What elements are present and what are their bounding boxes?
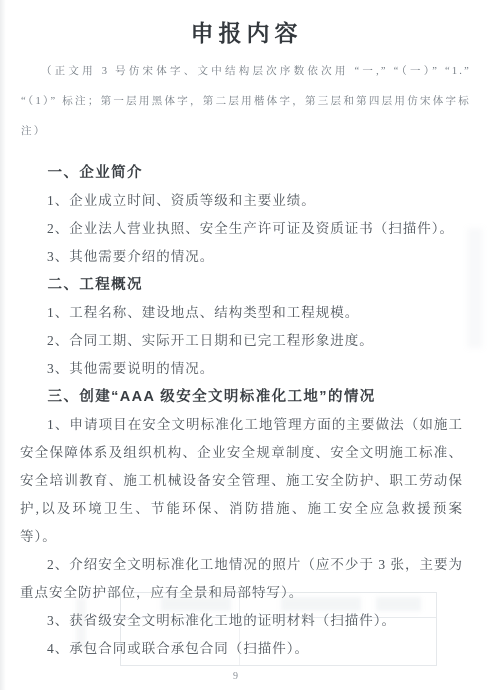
list-item: 1、申请项目在安全文明标准化工地管理方面的主要做法（如施工安全保障体系及组织机构… (20, 411, 463, 551)
section-project-overview: 二、工程概况 1、工程名称、建设地点、结构类型和工程规模。 2、合同工期、实际开… (20, 271, 463, 383)
scan-edge-shade (0, 0, 6, 690)
document-page: 申报内容 （正文用 3 号仿宋体字、文中结构层次序数依次用 “一,” “（一）”… (0, 0, 493, 690)
section-heading: 一、企业简介 (20, 159, 463, 187)
list-item: 1、企业成立时间、资质等级和主要业绩。 (20, 187, 463, 215)
section-aaa-site-creation: 三、创建“AAA 级安全文明标准化工地”的情况 1、申请项目在安全文明标准化工地… (20, 383, 463, 663)
section-heading: 三、创建“AAA 级安全文明标准化工地”的情况 (20, 383, 463, 411)
list-item: 2、企业法人营业执照、安全生产许可证及资质证书（扫描件）。 (20, 215, 463, 243)
scan-smudge (467, 228, 483, 348)
page-number: 9 (0, 671, 472, 682)
list-item: 4、承包合同或联合承包合同（扫描件）。 (20, 635, 463, 663)
document-body: 一、企业简介 1、企业成立时间、资质等级和主要业绩。 2、企业法人营业执照、安全… (20, 159, 463, 663)
page-title: 申报内容 (0, 0, 493, 48)
section-heading: 二、工程概况 (20, 271, 463, 299)
list-item: 2、合同工期、实际开工日期和已完工程形象进度。 (20, 327, 463, 355)
formatting-note: （正文用 3 号仿宋体字、文中结构层次序数依次用 “一,” “（一）” “1.”… (21, 57, 471, 147)
section-company-profile: 一、企业简介 1、企业成立时间、资质等级和主要业绩。 2、企业法人营业执照、安全… (20, 159, 463, 271)
list-item: 3、其他需要说明的情况。 (20, 355, 463, 383)
list-item: 2、介绍安全文明标准化工地情况的照片（应不少于 3 张，主要为重点安全防护部位，… (20, 551, 463, 607)
list-item: 3、获省级安全文明标准化工地的证明材料（扫描件）。 (20, 607, 463, 635)
list-item: 3、其他需要介绍的情况。 (20, 243, 463, 271)
list-item: 1、工程名称、建设地点、结构类型和工程规模。 (20, 299, 463, 327)
